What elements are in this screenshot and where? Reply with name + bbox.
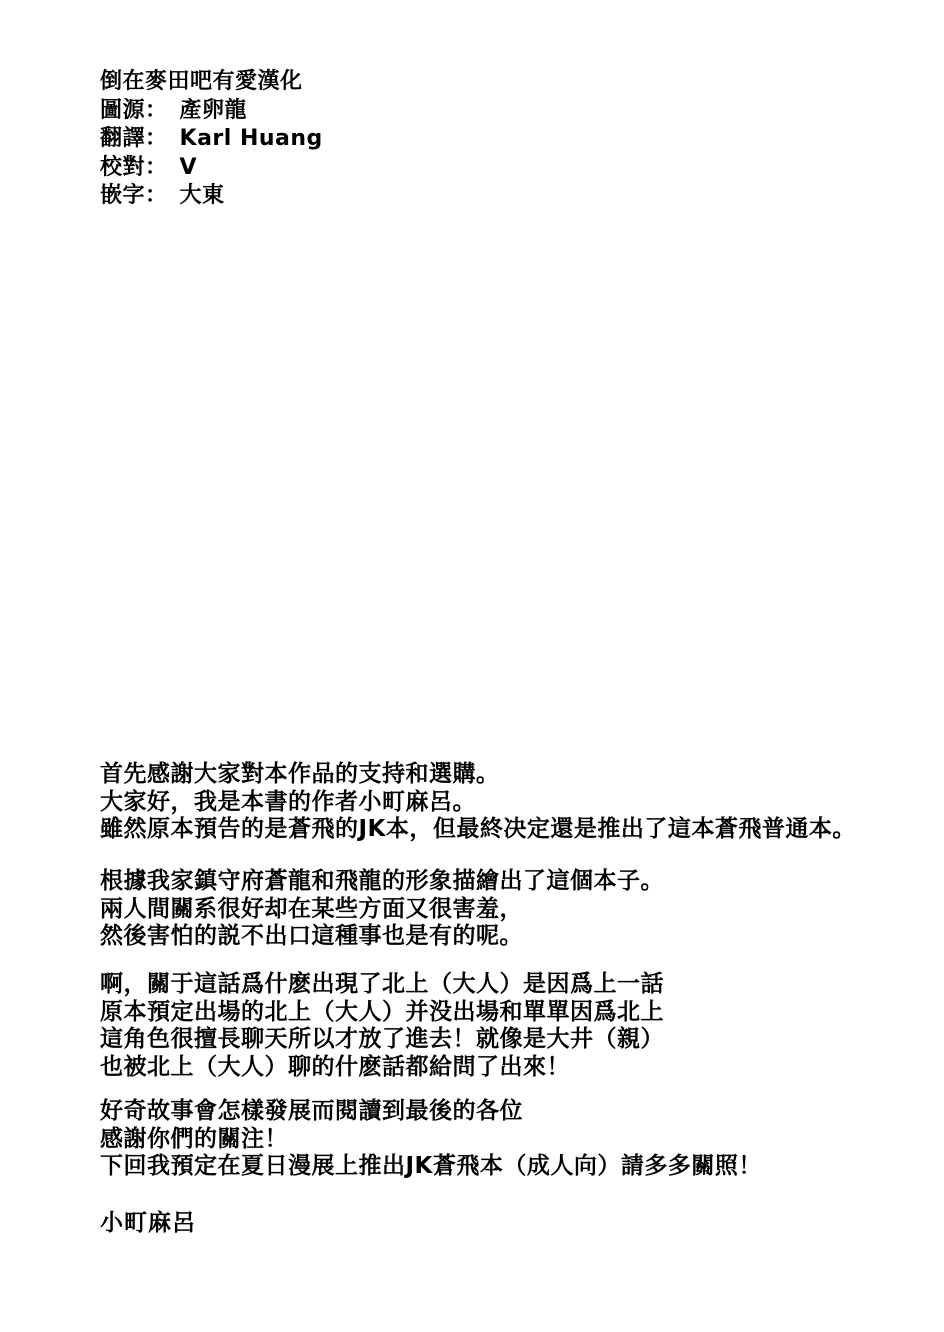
author-signature: 小町麻呂 (100, 1204, 196, 1237)
afterword-line: 雖然原本預告的是蒼飛的JK本，但最終决定還是推出了這本蒼飛普通本。 (100, 816, 856, 844)
afterword-line: 原本預定出場的北上（大人）并没出場和單單因爲北上 (100, 999, 664, 1027)
credit-value-proofreader: V (180, 155, 198, 180)
afterword-line: 啊，關于這話爲什麽出現了北上（大人）是因爲上一話 (100, 971, 664, 999)
afterword-line: 下回我預定在夏日漫展上推出JK蒼飛本（成人向）請多多關照！ (100, 1153, 762, 1181)
scanlation-credits-block: 倒在麥田吧有愛漢化 圖源：產卵龍 翻譯：Karl Huang 校對：V 嵌字：大… (100, 68, 323, 211)
afterword-line: 然後害怕的説不出口這種事也是有的呢。 (100, 923, 664, 951)
credit-label-typesetter: 嵌字： (100, 183, 168, 208)
scanlation-group-name: 倒在麥田吧有愛漢化 (100, 68, 323, 97)
afterword-paragraph-concept: 根據我家鎮守府蒼龍和飛龍的形象描繪出了這個本子。 兩人間關系很好却在某些方面又很… (100, 868, 664, 951)
credit-label-translator: 翻譯： (100, 126, 168, 151)
credit-row-source: 圖源：產卵龍 (100, 97, 323, 126)
afterword-line: 兩人間關系很好却在某些方面又很害羞， (100, 896, 664, 924)
afterword-paragraph-kitakami: 啊，關于這話爲什麽出現了北上（大人）是因爲上一話 原本預定出場的北上（大人）并没… (100, 971, 664, 1081)
afterword-line: 首先感謝大家對本作品的支持和選購。 (100, 761, 856, 789)
credit-value-translator: Karl Huang (180, 126, 323, 151)
afterword-line: 也被北上（大人）聊的什麽話都給問了出來！ (100, 1054, 664, 1082)
afterword-line: 這角色很擅長聊天所以才放了進去！就像是大井（親） (100, 1026, 664, 1054)
credit-row-translator: 翻譯：Karl Huang (100, 125, 323, 154)
afterword-paragraph-closing: 好奇故事會怎樣發展而閱讀到最後的各位 感謝你們的關注！ 下回我預定在夏日漫展上推… (100, 1098, 762, 1181)
credit-value-typesetter: 大東 (180, 183, 225, 208)
credit-row-typesetter: 嵌字：大東 (100, 182, 323, 211)
credit-label-source: 圖源： (100, 98, 168, 123)
doujinshi-afterword-page: 倒在麥田吧有愛漢化 圖源：產卵龍 翻譯：Karl Huang 校對：V 嵌字：大… (0, 0, 944, 1332)
afterword-line: 根據我家鎮守府蒼龍和飛龍的形象描繪出了這個本子。 (100, 868, 664, 896)
afterword-line: 大家好，我是本書的作者小町麻呂。 (100, 789, 856, 817)
credit-label-proofreader: 校對： (100, 155, 168, 180)
credit-value-source: 產卵龍 (180, 98, 248, 123)
afterword-line: 感謝你們的關注！ (100, 1126, 762, 1154)
credit-row-proofreader: 校對：V (100, 154, 323, 183)
afterword-paragraph-thanks: 首先感謝大家對本作品的支持和選購。 大家好，我是本書的作者小町麻呂。 雖然原本預… (100, 761, 856, 844)
afterword-line: 好奇故事會怎樣發展而閱讀到最後的各位 (100, 1098, 762, 1126)
